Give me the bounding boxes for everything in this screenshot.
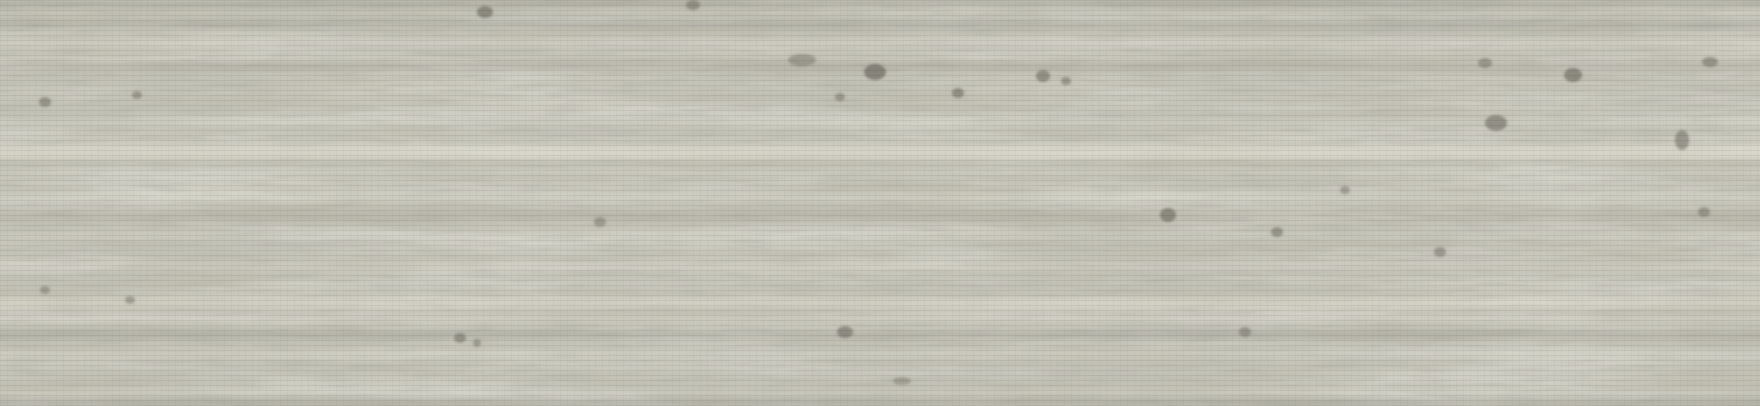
pore-spot [1061,77,1071,85]
light-band [0,145,1760,159]
pore-spot [1271,227,1283,237]
light-band [0,389,1760,395]
pore-spot [1036,70,1050,82]
light-band [0,315,1760,322]
light-band [0,233,1760,239]
pore-spot [1564,68,1582,82]
pore-spot [40,286,50,294]
pore-spot [1340,186,1350,194]
pore-spot [1698,207,1710,217]
pore-spot [1485,115,1507,131]
pore-spot [39,97,51,107]
pore-spot [1160,208,1176,222]
pore-spot [1478,58,1492,68]
dark-band [0,210,1760,222]
pore-spot [835,93,845,101]
pore-spot [1702,57,1718,67]
texture-canvas [0,0,1760,406]
pore-spot [686,0,700,10]
pore-spot [1434,247,1446,257]
light-band [0,38,1760,47]
light-band [0,350,1760,358]
light-band [0,168,1760,174]
pore-spot [477,6,493,18]
pore-spot [788,54,816,66]
pore-spot [1239,327,1251,337]
pore-spot [864,64,886,80]
pore-spot [454,333,466,343]
pore-spot [893,377,911,385]
pore-spot [952,88,964,98]
pore-spot [125,296,135,304]
pore-spot [473,339,481,347]
dark-band [0,330,1760,339]
light-band [0,192,1760,201]
pore-spot [594,217,606,227]
dark-band [0,0,1760,7]
light-band [0,297,1760,308]
pore-spot [132,91,142,99]
pore-spot [1675,130,1689,150]
light-band [0,262,1760,270]
pore-spot [837,326,853,338]
texture-photo [0,0,1760,406]
dark-band [0,399,1760,406]
dark-band [0,20,1760,29]
texture-speckle-layer [0,0,1760,406]
